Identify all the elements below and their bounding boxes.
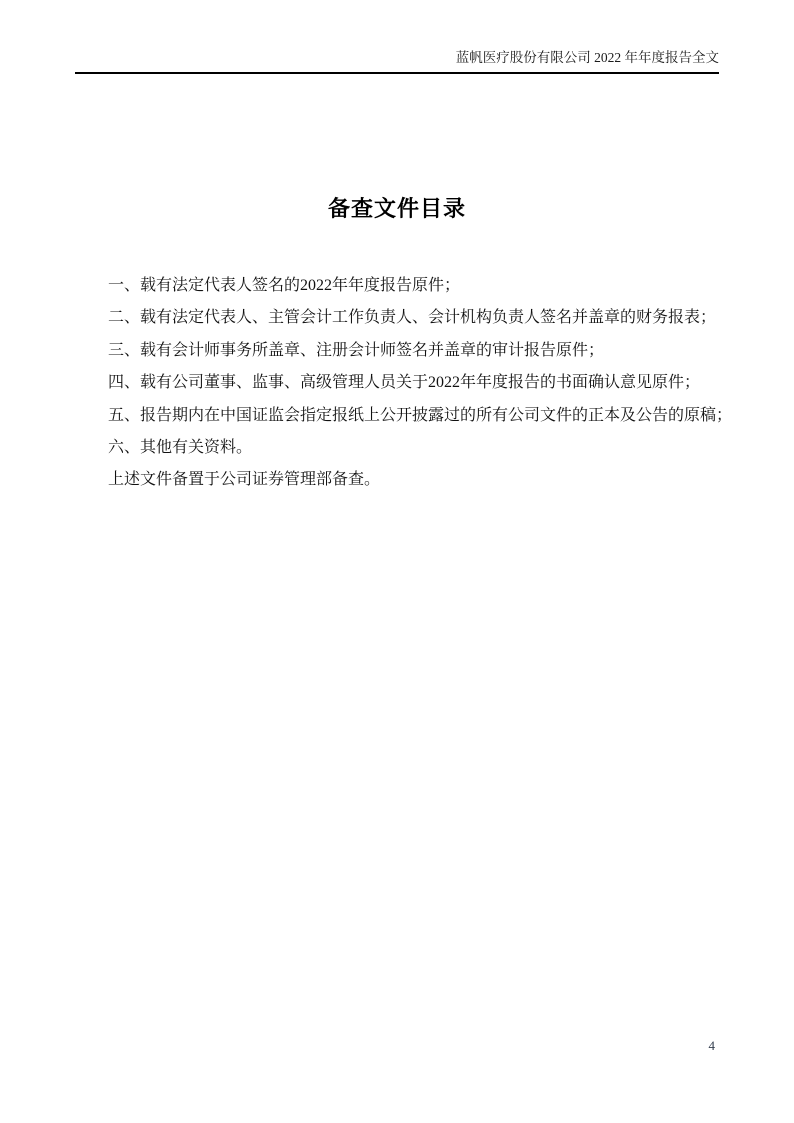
header-rule (75, 72, 719, 74)
page-header: 蓝帆医疗股份有限公司 2022 年年度报告全文 (75, 48, 719, 68)
page-title: 备查文件目录 (0, 192, 794, 223)
list-item: 三、载有会计师事务所盖章、注册会计师签名并盖章的审计报告原件； (108, 335, 768, 367)
list-item: 六、其他有关资料。 (108, 432, 768, 464)
list-item: 四、载有公司董事、监事、高级管理人员关于2022年年度报告的书面确认意见原件； (108, 367, 768, 399)
list-footer-note: 上述文件备置于公司证券管理部备查。 (108, 464, 768, 496)
page-number: 4 (709, 1038, 716, 1054)
list-item: 一、载有法定代表人签名的2022年年度报告原件； (108, 270, 768, 302)
list-item: 二、载有法定代表人、主管会计工作负责人、会计机构负责人签名并盖章的财务报表； (108, 302, 768, 334)
list-item: 五、报告期内在中国证监会指定报纸上公开披露过的所有公司文件的正本及公告的原稿； (108, 400, 768, 432)
document-page: 蓝帆医疗股份有限公司 2022 年年度报告全文 备查文件目录 一、载有法定代表人… (0, 0, 794, 1123)
header-text: 蓝帆医疗股份有限公司 2022 年年度报告全文 (456, 50, 719, 65)
document-list: 一、载有法定代表人签名的2022年年度报告原件； 二、载有法定代表人、主管会计工… (108, 270, 768, 497)
